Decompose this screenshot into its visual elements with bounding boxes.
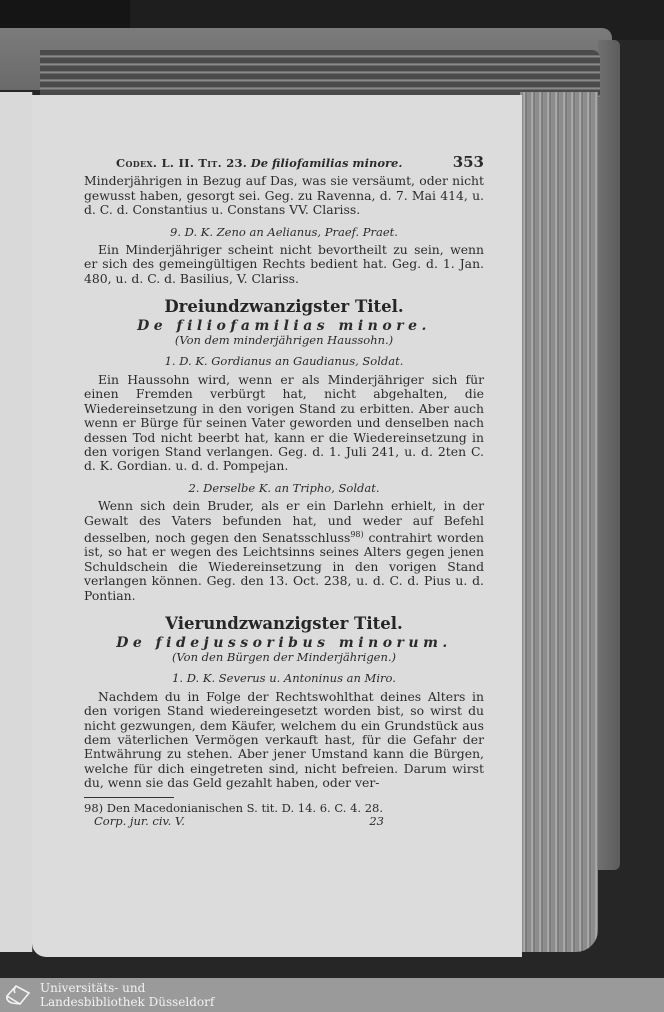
- title-23-german: (Von dem minderjährigen Haussohn.): [84, 333, 484, 347]
- page-edges-right: [520, 92, 598, 952]
- left-page-edge: [0, 92, 33, 952]
- title-24-heading: Vierundzwanzigster Titel.: [84, 617, 484, 631]
- running-head-citation: Codex. L. II. Tit. 23.: [116, 156, 247, 170]
- running-head-title: De filiofamilias minore.: [251, 156, 403, 170]
- signature-left: Corp. jur. civ. V.: [94, 815, 185, 828]
- law-heading-9: 9. D. K. Zeno an Aelianus, Praef. Praet.: [84, 225, 484, 239]
- paragraph-continued: Minderjährigen in Bezug auf Das, was sie…: [84, 174, 484, 217]
- library-name-line-1: Universitäts- und: [40, 982, 214, 996]
- title-23-law-1-heading: 1. D. K. Gordianus an Gaudianus, Soldat.: [84, 354, 484, 368]
- title-23-latin: De filiofamilias minore.: [84, 319, 484, 333]
- title-23-law-1-text: Ein Haussohn wird, wenn er als Minderjäh…: [84, 373, 484, 474]
- book-cover-right: [598, 40, 620, 870]
- footnote-rule: [84, 797, 174, 798]
- page-content: Codex. L. II. Tit. 23. De filiofamilias …: [84, 155, 484, 828]
- page-number: 353: [453, 155, 484, 169]
- paragraph-law-9: Ein Minderjähriger scheint nicht bevorth…: [84, 243, 484, 286]
- title-24-law-1-heading: 1. D. K. Severus u. Antoninus an Miro.: [84, 671, 484, 685]
- title-24-german: (Von den Bürgen der Minderjährigen.): [84, 650, 484, 664]
- library-name-line-2: Landesbibliothek Düsseldorf: [40, 996, 214, 1010]
- title-23-heading: Dreiundzwanzigster Titel.: [84, 300, 484, 314]
- title-24-latin: De fidejussoribus minorum.: [84, 636, 484, 650]
- signature-right: 23: [369, 815, 384, 828]
- footnote-reference: 98): [350, 530, 363, 539]
- library-footer: Universitäts- und Landesbibliothek Düsse…: [0, 978, 664, 1012]
- book-logo-icon: [4, 982, 32, 1008]
- title-23-law-2-text: Wenn sich dein Bruder, als er ein Darleh…: [84, 499, 484, 603]
- footnote: 98) Den Macedonianischen S. tit. D. 14. …: [84, 802, 484, 828]
- title-23-law-2-heading: 2. Derselbe K. an Tripho, Soldat.: [84, 481, 484, 495]
- running-head: Codex. L. II. Tit. 23. De filiofamilias …: [116, 155, 484, 170]
- title-24-law-1-text: Nachdem du in Folge der Rechtswohlthat d…: [84, 690, 484, 791]
- signature-line: Corp. jur. civ. V. 23: [94, 815, 384, 828]
- library-name: Universitäts- und Landesbibliothek Düsse…: [40, 982, 214, 1009]
- footnote-text: 98) Den Macedonianischen S. tit. D. 14. …: [84, 802, 484, 815]
- book-page: Codex. L. II. Tit. 23. De filiofamilias …: [32, 95, 522, 957]
- page-edges-top: [40, 50, 600, 98]
